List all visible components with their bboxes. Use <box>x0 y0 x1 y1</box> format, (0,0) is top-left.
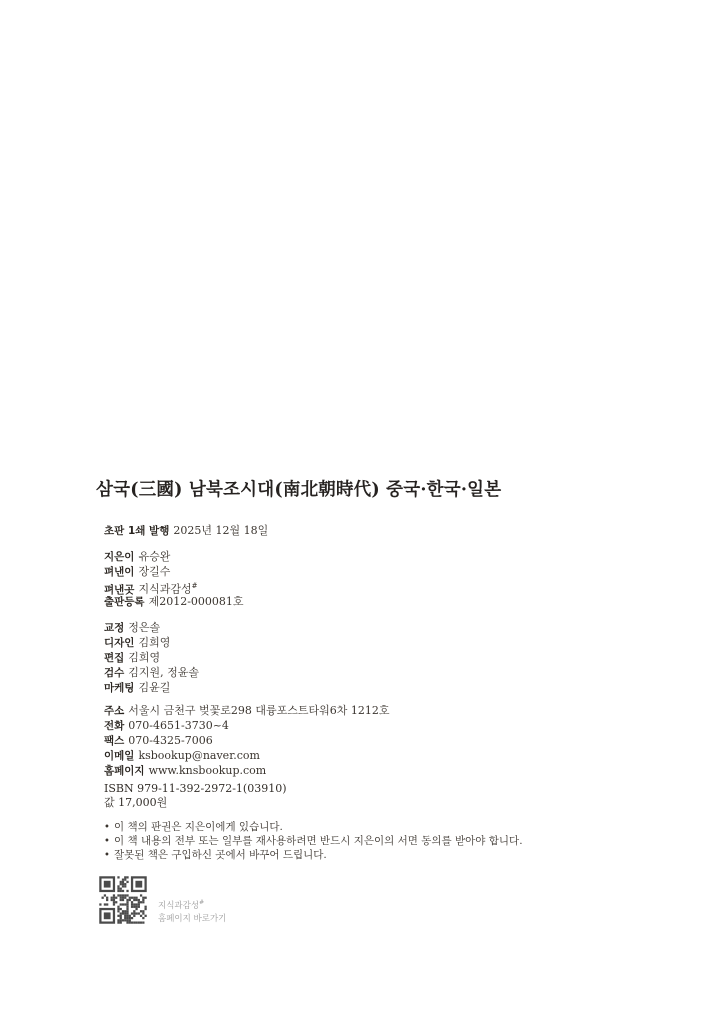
homepage-label: 홈페이지 <box>104 765 145 777</box>
contact-block: 주소서울시 금천구 벚꽃로298 대륭포스트타워6차 1212호 전화070-4… <box>104 703 390 778</box>
bullet-icon: • <box>104 821 114 835</box>
review-value: 김지원, 정윤솔 <box>128 666 199 679</box>
homepage-value: www.knsbookup.com <box>149 764 267 777</box>
qr-code-icon <box>97 874 149 926</box>
notice-text: 이 책의 판권은 지은이에게 있습니다. <box>114 821 283 833</box>
publisher-person-row: 펴낸이장길수 <box>104 564 244 579</box>
qr-caption-logo-mark: # <box>199 899 204 906</box>
design-value: 김희영 <box>138 636 170 649</box>
notice-block: •이 책의 판권은 지은이에게 있습니다. •이 책 내용의 전부 또는 일부를… <box>104 820 523 862</box>
bullet-icon: • <box>104 835 114 849</box>
phone-value: 070-4651-3730~4 <box>128 719 229 732</box>
email-label: 이메일 <box>104 750 134 762</box>
design-row: 디자인김희영 <box>104 635 199 650</box>
editing-value: 김희영 <box>128 651 160 664</box>
marketing-label: 마케팅 <box>104 682 134 694</box>
editing-label: 편집 <box>104 652 124 664</box>
publisher-person-value: 장길수 <box>138 565 170 578</box>
qr-caption: 지식과감성# 홈페이지 바로가기 <box>158 896 226 926</box>
edition-row: 초판 1쇄 발행2025년 12월 18일 <box>104 523 268 538</box>
address-row: 주소서울시 금천구 벚꽃로298 대륭포스트타워6차 1212호 <box>104 703 390 718</box>
staff-block: 교정정은솔 디자인김희영 편집김희영 검수김지원, 정윤솔 마케팅김윤길 <box>104 620 199 695</box>
homepage-row: 홈페이지www.knsbookup.com <box>104 763 390 778</box>
registration-label: 출판등록 <box>104 596 145 608</box>
author-value: 유승완 <box>138 550 170 563</box>
publisher-person-label: 펴낸이 <box>104 566 134 578</box>
phone-row: 전화070-4651-3730~4 <box>104 718 390 733</box>
edition-block: 초판 1쇄 발행2025년 12월 18일 <box>104 523 268 538</box>
author-row: 지은이유승완 <box>104 549 244 564</box>
isbn-line: ISBN 979-11-392-2972-1(03910) <box>104 782 287 796</box>
fax-row: 팩스070-4325-7006 <box>104 733 390 748</box>
registration-value: 제2012-000081호 <box>149 595 244 608</box>
proofreading-row: 교정정은솔 <box>104 620 199 635</box>
address-label: 주소 <box>104 705 124 717</box>
edition-label: 초판 1쇄 발행 <box>104 525 169 537</box>
registration-row: 출판등록제2012-000081호 <box>104 594 244 609</box>
colophon-page: 삼국(三國) 남북조시대(南北朝時代) 중국·한국·일본 초판 1쇄 발행202… <box>0 0 721 1024</box>
marketing-value: 김윤길 <box>138 681 170 694</box>
publisher-row: 펴낸곳지식과감성# <box>104 579 244 594</box>
address-value: 서울시 금천구 벚꽃로298 대륭포스트타워6차 1212호 <box>128 704 389 717</box>
bullet-icon: • <box>104 849 114 863</box>
author-label: 지은이 <box>104 551 134 563</box>
phone-label: 전화 <box>104 720 124 732</box>
edition-value: 2025년 12월 18일 <box>173 524 268 537</box>
qr-caption-publisher: 지식과감성# <box>158 896 226 913</box>
design-label: 디자인 <box>104 637 134 649</box>
publication-block: 지은이유승완 펴낸이장길수 펴낸곳지식과감성# 출판등록제2012-000081… <box>104 549 244 609</box>
publisher-logo-mark: # <box>192 582 198 590</box>
notice-copyright: •이 책의 판권은 지은이에게 있습니다. <box>104 820 523 834</box>
isbn-block: ISBN 979-11-392-2972-1(03910) 값 17,000원 <box>104 782 287 810</box>
price-line: 값 17,000원 <box>104 796 287 810</box>
qr-code <box>97 874 149 926</box>
book-title: 삼국(三國) 남북조시대(南北朝時代) 중국·한국·일본 <box>96 476 501 501</box>
notice-text: 이 책 내용의 전부 또는 일부를 재사용하려면 반드시 지은이의 서면 동의를… <box>114 835 523 847</box>
fax-label: 팩스 <box>104 735 124 747</box>
email-value: ksbookup@naver.com <box>138 749 260 762</box>
notice-reuse: •이 책 내용의 전부 또는 일부를 재사용하려면 반드시 지은이의 서면 동의… <box>104 834 523 848</box>
fax-value: 070-4325-7006 <box>128 734 212 747</box>
notice-exchange: •잘못된 책은 구입하신 곳에서 바꾸어 드립니다. <box>104 848 523 862</box>
editing-row: 편집김희영 <box>104 650 199 665</box>
proofreading-value: 정은솔 <box>128 621 160 634</box>
review-row: 검수김지원, 정윤솔 <box>104 665 199 680</box>
marketing-row: 마케팅김윤길 <box>104 680 199 695</box>
proofreading-label: 교정 <box>104 622 124 634</box>
qr-caption-homepage: 홈페이지 바로가기 <box>158 913 226 926</box>
email-row: 이메일ksbookup@naver.com <box>104 748 390 763</box>
notice-text: 잘못된 책은 구입하신 곳에서 바꾸어 드립니다. <box>114 849 327 861</box>
review-label: 검수 <box>104 667 124 679</box>
